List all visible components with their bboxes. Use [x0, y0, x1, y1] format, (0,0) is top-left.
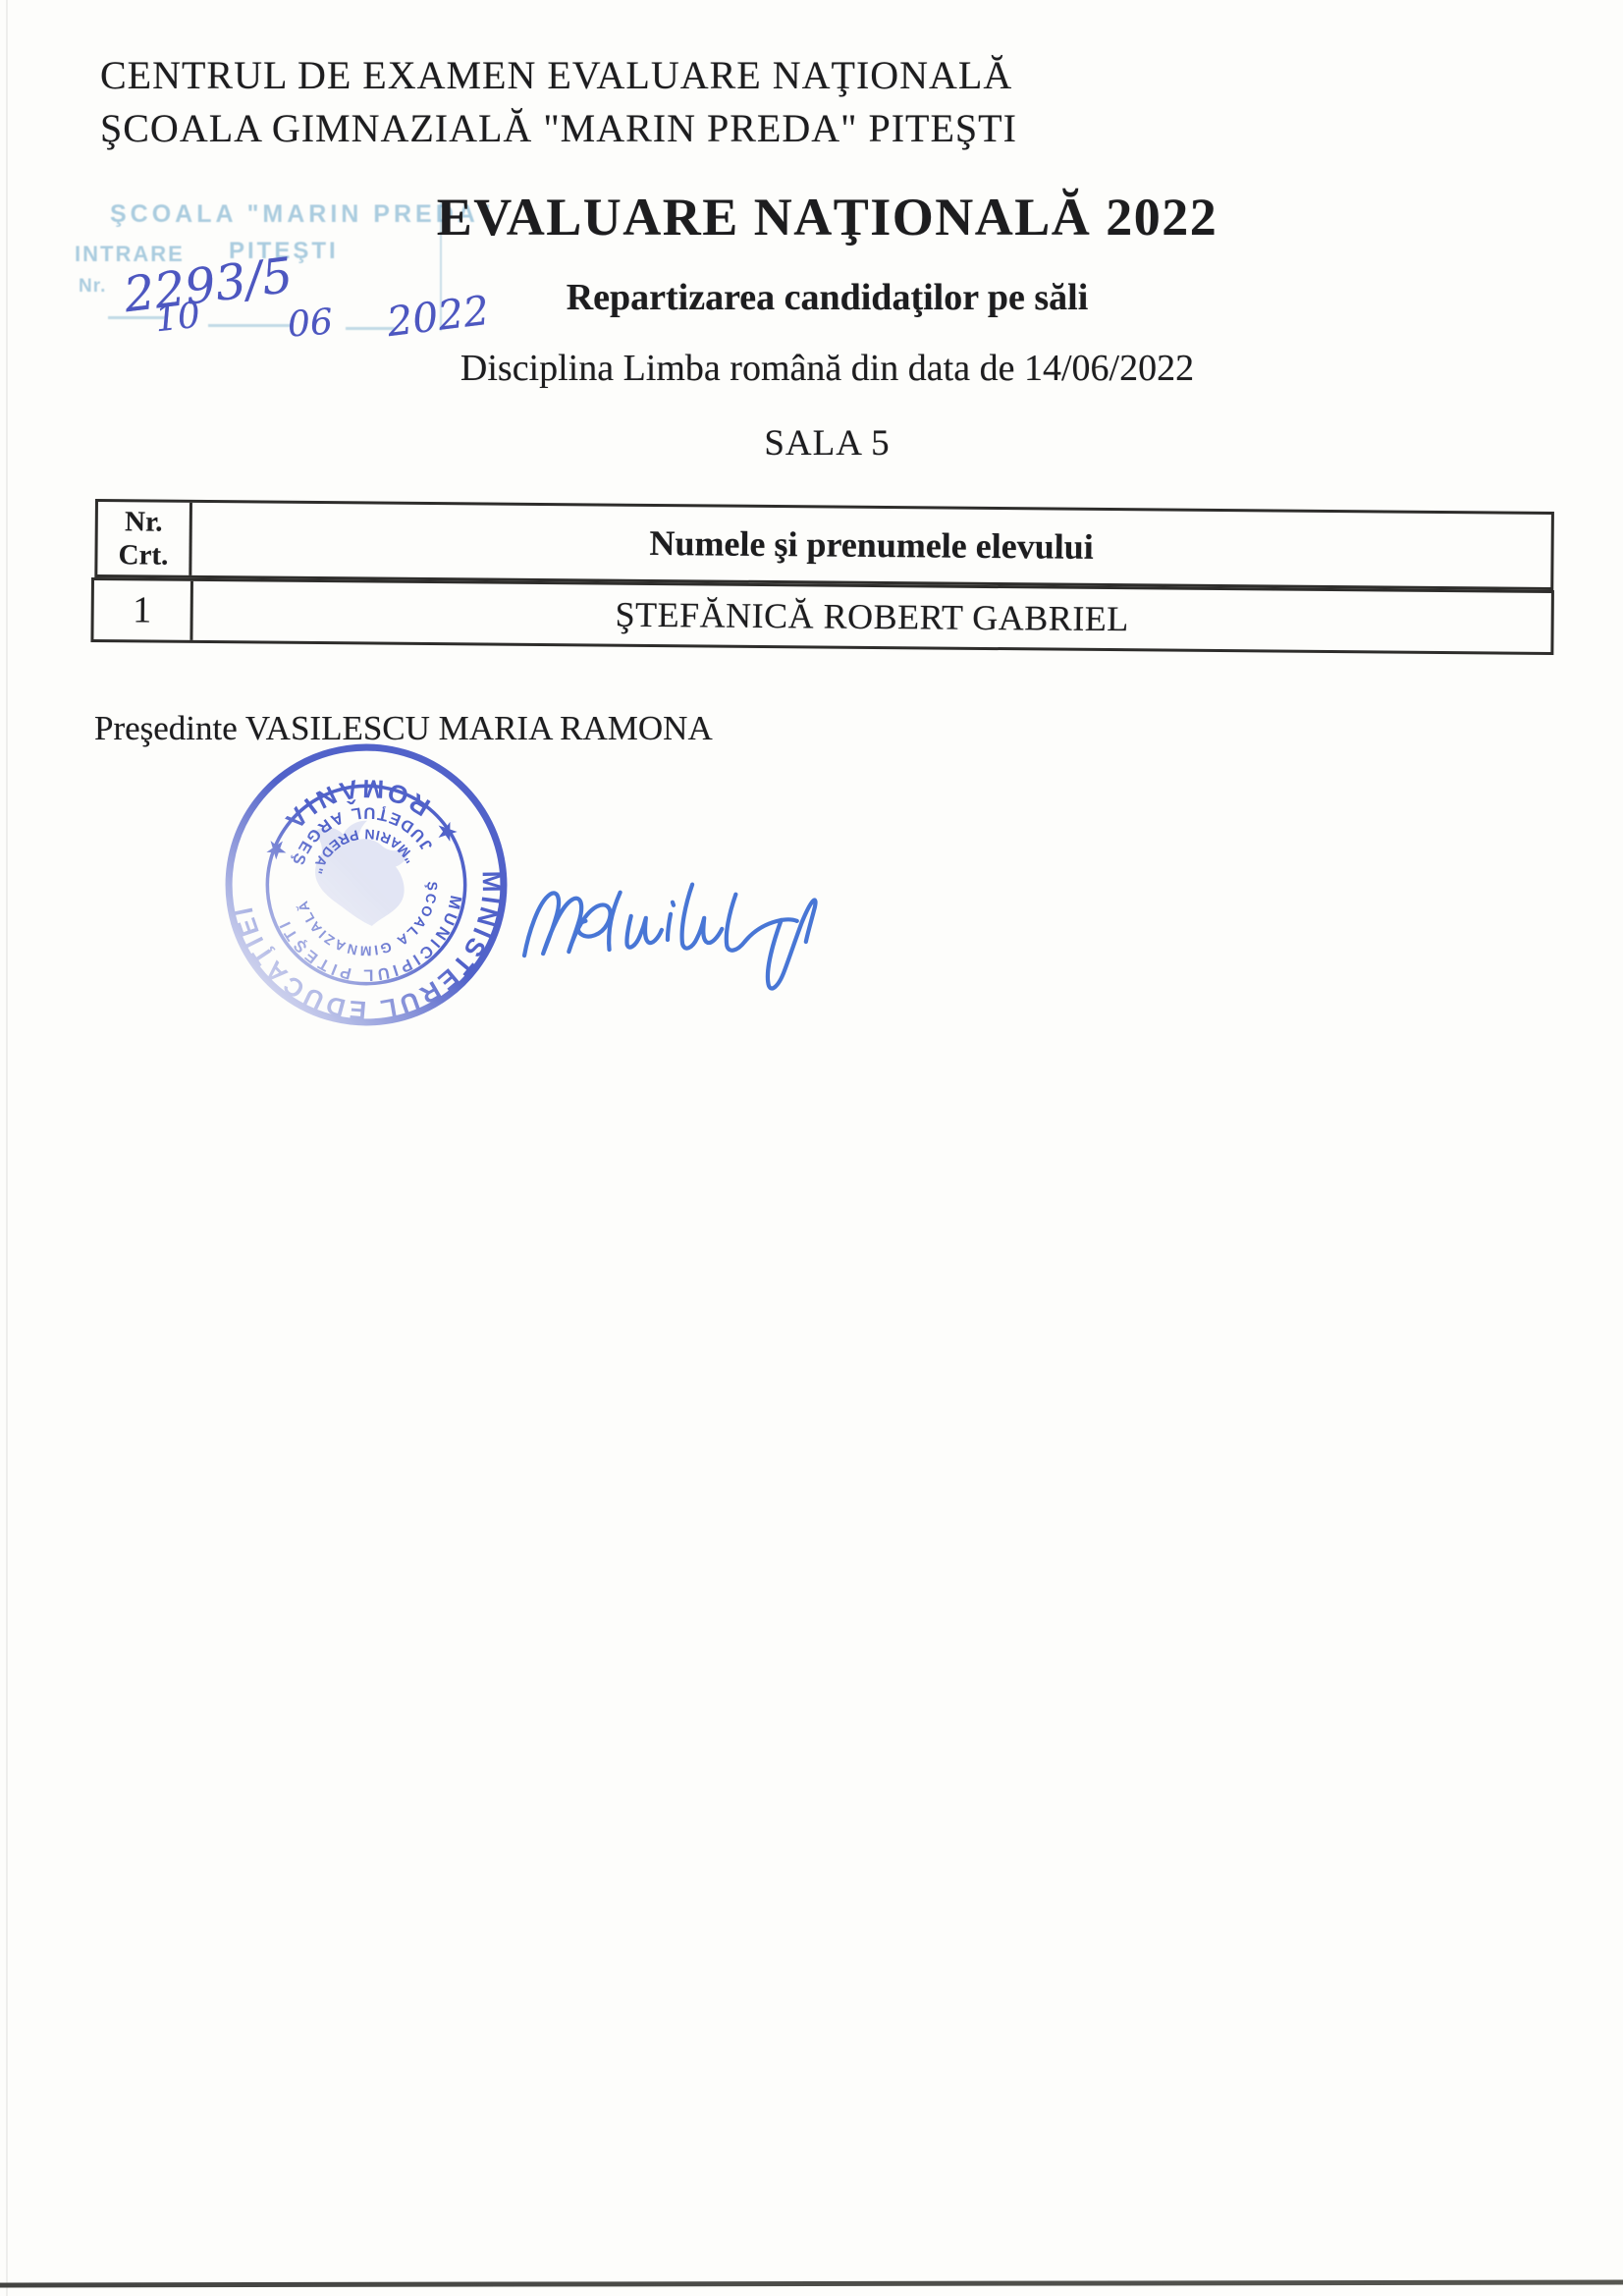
- page-title: EVALUARE NAŢIONALĂ 2022: [16, 187, 1623, 247]
- nr-header-line2: Crt.: [118, 538, 168, 572]
- discipline-line: Disciplina Limba română din data de 14/0…: [16, 347, 1623, 390]
- row-name-cell: ŞTEFĂNICĂ ROBERT GABRIEL: [192, 581, 1550, 652]
- signature-stroke: [609, 893, 621, 950]
- scan-edge-bottom-line: [0, 2280, 1623, 2288]
- signature-stroke: [768, 901, 816, 989]
- candidates-table-header: Nr. Crt. Numele şi prenumele elevului: [94, 499, 1554, 590]
- signature-stroke: [673, 902, 674, 905]
- school-name-line: ŞCOALA GIMNAZIALĂ "MARIN PREDA" PITEŞTI: [100, 102, 1017, 155]
- scan-edge-streak: [6, 0, 8, 2296]
- exam-center-header: CENTRUL DE EXAMEN EVALUARE NAŢIONALĂ ŞCO…: [100, 49, 1017, 155]
- room-label: SALA 5: [16, 422, 1623, 465]
- president-signature: [518, 872, 835, 1011]
- nr-header-line1: Nr.: [119, 505, 169, 538]
- exam-center-line: CENTRUL DE EXAMEN EVALUARE NAŢIONALĂ: [100, 49, 1017, 102]
- table-header-name-cell: Numele şi prenumele elevului: [191, 503, 1551, 587]
- signature-stroke: [524, 893, 611, 956]
- signature-stroke: [668, 914, 671, 940]
- signature-stroke: [626, 916, 661, 948]
- round-stamp: MINISTERUL EDUCAŢIEI ★ ROMÂNIA ★ MUNICIP…: [218, 733, 514, 1037]
- registry-stamp-dash: [208, 324, 293, 327]
- document-page: CENTRUL DE EXAMEN EVALUARE NAŢIONALĂ ŞCO…: [0, 0, 1623, 2296]
- row-number-cell: 1: [93, 580, 193, 640]
- candidates-table-row: 1 ŞTEFĂNICĂ ROBERT GABRIEL: [90, 577, 1554, 655]
- page-subtitle: Repartizarea candidaţilor pe săli: [16, 276, 1623, 319]
- table-header-nr-cell: Nr. Crt.: [97, 502, 192, 575]
- signature-stroke: [727, 895, 797, 951]
- signature-stroke: [682, 885, 723, 949]
